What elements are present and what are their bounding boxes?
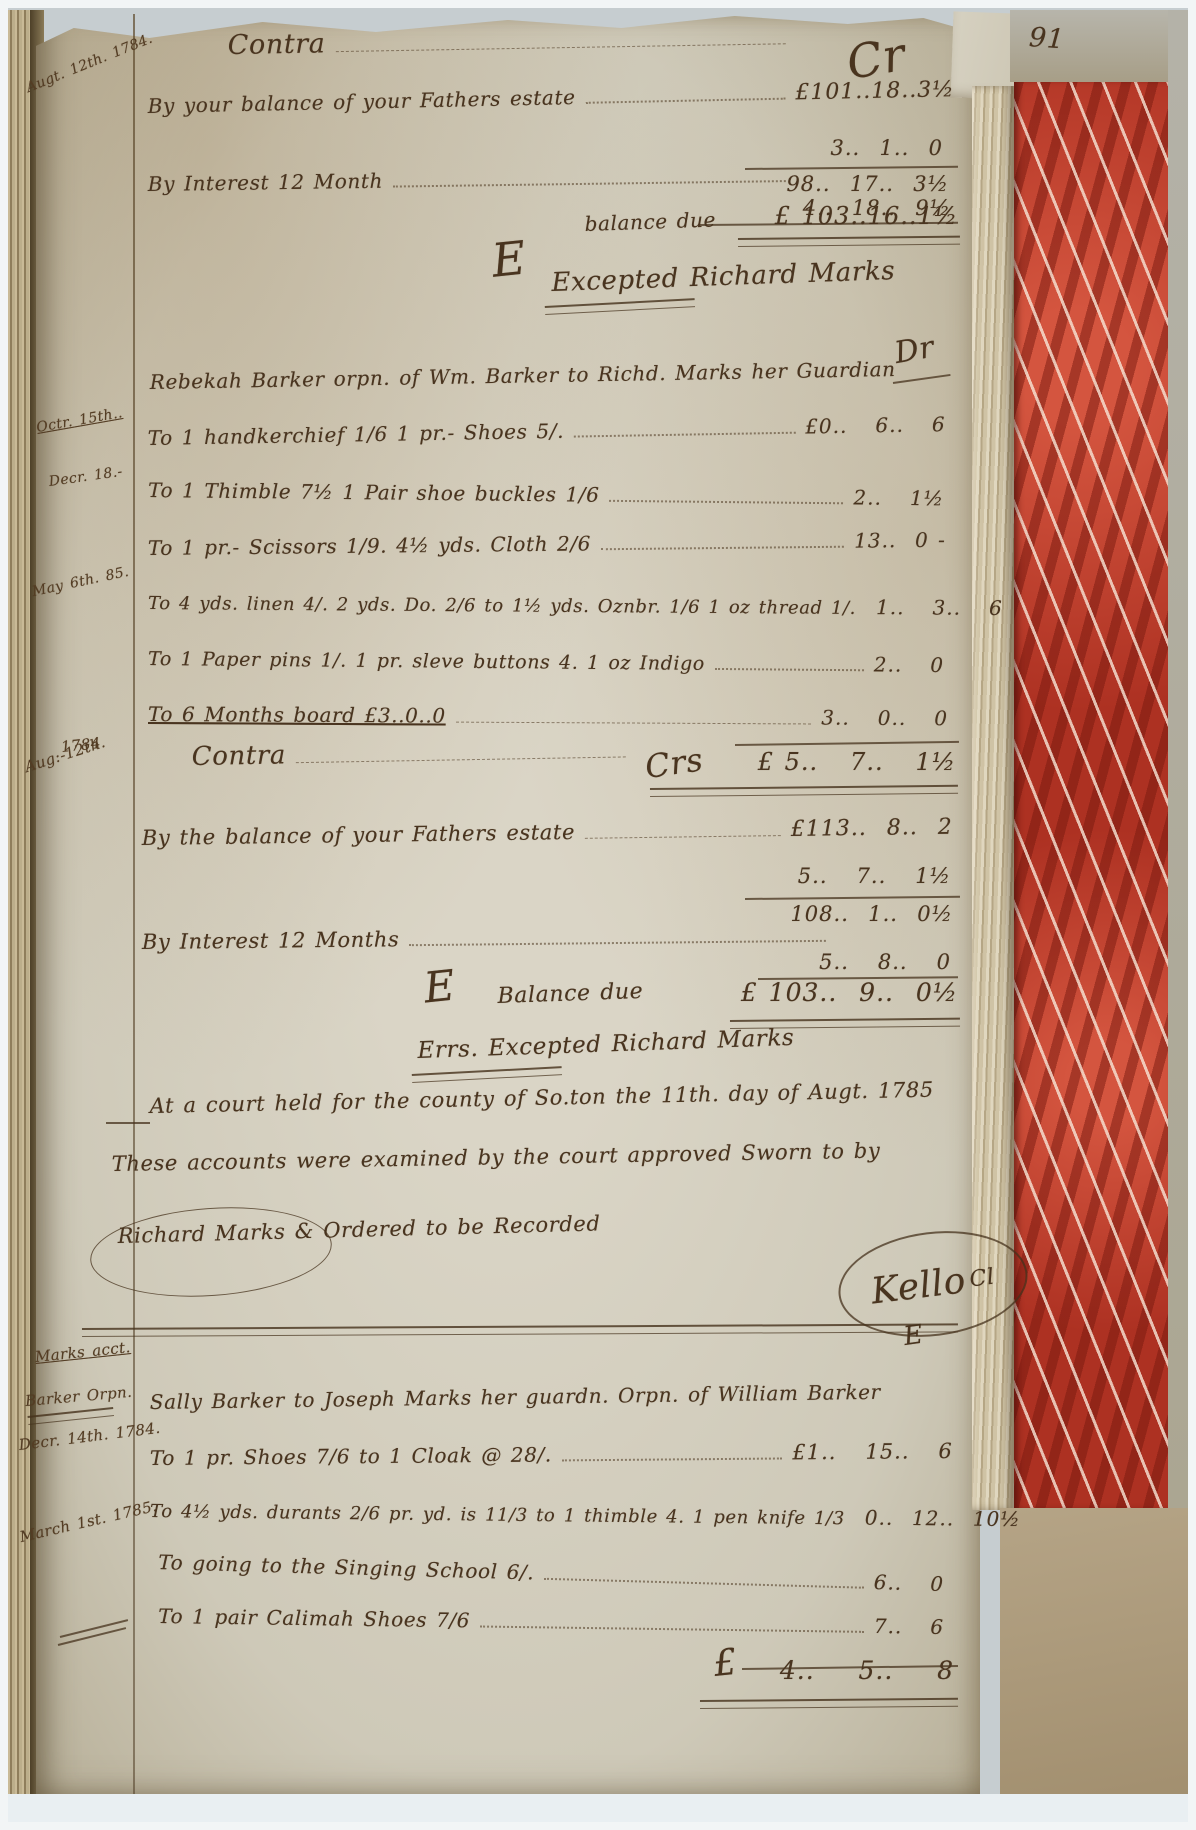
entry-text: To 1 pair Calimah Shoes 7/6	[158, 1604, 470, 1632]
entry-amount: 0.. 12.. 10½	[865, 1505, 1021, 1531]
balance-amount-text: £ 103..16..1½	[775, 202, 958, 230]
margin-date-top: Augt. 12th. 1784.	[24, 31, 155, 96]
entry-amount: 13.. 0 -	[854, 528, 946, 553]
entry-text: By Interest 12 Month	[148, 169, 383, 196]
entry-amount-row: 5.. 8.. 0	[819, 950, 951, 974]
balance-label: Balance due	[497, 979, 644, 1009]
section-total: £ 5.. 7.. 1½	[758, 748, 956, 776]
entry-text: By Interest 12 Months	[142, 927, 400, 954]
entry-text: By your balance of your Fathers estate	[147, 85, 575, 118]
entry-row: To 1 handkerchief 1/6 1 pr.- Shoes 5/. £…	[148, 412, 946, 450]
entry-row: To 4½ yds. durants 2/6 pr. yd. is 11/3 t…	[150, 1498, 950, 1530]
double-rule	[738, 236, 960, 247]
flourish-oval	[87, 1200, 335, 1305]
sum-rule	[745, 896, 960, 900]
entry-text: To 1 Paper pins 1/. 1 pr. sleve buttons …	[148, 648, 705, 675]
entry-amount: 2.. 1½	[853, 485, 944, 510]
entry-amount: 5.. 8.. 0	[819, 950, 951, 974]
account-heading-rebekah: Rebekah Barker orpn. of Wm. Barker to Ri…	[150, 357, 896, 394]
entry-text: To 1 handkerchief 1/6 1 pr.- Shoes 5/.	[148, 419, 565, 450]
entry-row: To 1 Thimble 7½ 1 Pair shoe buckles 1/6 …	[148, 478, 944, 510]
scan-bottom-strip	[0, 1794, 1196, 1830]
lead-in-rule	[106, 1122, 150, 1124]
double-rule	[650, 785, 958, 797]
page-number: 91	[1028, 22, 1066, 55]
entry-row: By Interest 12 Month	[148, 163, 796, 196]
double-rule	[700, 1698, 958, 1709]
leader-line	[480, 1623, 864, 1632]
entry-row: To 1 Paper pins 1/. 1 pr. sleve buttons …	[148, 646, 944, 677]
margin-note: Marks acct.	[34, 1338, 131, 1366]
handwriting-layer: 91 Contra Cr Augt. 12th. 1784. By your b…	[0, 0, 1196, 1830]
leader-line	[562, 1455, 783, 1461]
entry-row: By your balance of your Fathers estate £…	[147, 77, 954, 119]
debit-mark-text: Dr	[892, 330, 937, 371]
carry-amount-text: 5.. 7.. 1½	[798, 864, 951, 888]
entry-amount: 2.. 0	[874, 652, 944, 677]
carry-amount-text: 3.. 1.. 0	[831, 136, 944, 160]
balance-amount-text: £ 103.. 9.. 0½	[741, 978, 958, 1007]
double-rule	[412, 1066, 562, 1083]
entry-row: To 1 pair Calimah Shoes 7/6 7.. 6	[158, 1604, 944, 1639]
ledger-photograph: 91 Contra Cr Augt. 12th. 1784. By your b…	[0, 0, 1196, 1830]
court-line-1: At a court held for the county of So.ton…	[149, 1078, 934, 1118]
leader-line	[456, 720, 812, 725]
entry-text: By the balance of your Fathers estate	[142, 820, 576, 850]
entry-amount: 3.. 0.. 0	[821, 706, 948, 731]
entry-amount: £113.. 8.. 2	[791, 815, 953, 842]
margin-note: Barker Orpn.	[24, 1383, 133, 1410]
entry-text: To 6 Months board £3..0..0	[148, 702, 446, 728]
leader-line	[296, 754, 626, 763]
leader-line	[393, 178, 786, 187]
signature-suffix: Cl	[968, 1264, 996, 1292]
entry-text: To 1 pr.- Scissors 1/9. 4½ yds. Cloth 2/…	[148, 531, 591, 560]
entry-text: To 4 yds. linen 4/. 2 yds. Do. 2/6 to 1½…	[148, 593, 856, 619]
leader-line	[336, 41, 786, 52]
margin-date: May 6th. 85.	[31, 564, 131, 600]
entry-row: To 1 pr. Shoes 7/6 to 1 Cloak @ 28/. £1.…	[150, 1439, 953, 1470]
margin-date: Decr. 14th. 1784.	[18, 1419, 162, 1454]
balance-amount: £ 103.. 9.. 0½	[741, 978, 958, 1007]
contra-heading-top: Contra	[227, 20, 795, 61]
subtotal-text: 98.. 17.. 3½	[786, 172, 949, 196]
attestation-text: Excepted Richard Marks	[551, 256, 896, 298]
double-rule	[545, 298, 695, 315]
leader-line	[601, 544, 844, 551]
carry-amount: 5.. 7.. 1½	[798, 864, 951, 888]
court-text: At a court held for the county of So.ton…	[149, 1078, 934, 1118]
subtotal-amount: 98.. 17.. 3½	[786, 172, 949, 196]
contra-heading-inner: Contra	[191, 734, 635, 772]
leader-line	[715, 666, 864, 671]
attestation-top: Excepted Richard Marks	[551, 256, 896, 298]
carry-amount: 3.. 1.. 0	[831, 136, 944, 160]
credit-mark-inner: Crs	[643, 740, 706, 786]
balance-label-text: balance due	[584, 207, 716, 236]
court-text: These accounts were examined by the cour…	[112, 1139, 881, 1176]
entry-row: To going to the Singing School 6/. 6.. 0	[158, 1550, 944, 1596]
mark-underline	[893, 374, 951, 384]
entry-amount: £1.. 15.. 6	[792, 1439, 953, 1464]
entry-row: To 1 pr.- Scissors 1/9. 4½ yds. Cloth 2/…	[148, 528, 946, 560]
balance-label-text: Balance due	[497, 979, 644, 1009]
section-divider	[82, 1323, 958, 1337]
sum-rule	[735, 741, 959, 746]
entry-text: To going to the Singing School 6/.	[158, 1550, 535, 1584]
signature-name: Kello	[869, 1260, 968, 1312]
page-number-text: 91	[1028, 22, 1066, 55]
account-heading-text: Rebekah Barker orpn. of Wm. Barker to Ri…	[150, 357, 896, 394]
account-heading-text: Sally Barker to Joseph Marks her guardn.…	[150, 1380, 881, 1414]
entry-text: To 1 pr. Shoes 7/6 to 1 Cloak @ 28/.	[150, 1442, 552, 1470]
entry-row: To 6 Months board £3..0..0 3.. 0.. 0	[148, 702, 948, 730]
contra-heading-text: Contra	[227, 28, 325, 61]
balance-label: balance due	[584, 207, 716, 236]
entry-amount: £101..18..3½	[795, 77, 955, 105]
attestation-text: Errs. Excepted Richard Marks	[417, 1025, 795, 1064]
margin-date: Decr. 18.-	[48, 464, 124, 490]
leader-line	[409, 938, 826, 946]
entry-row: By Interest 12 Months	[142, 923, 836, 954]
entry-text: To 1 Thimble 7½ 1 Pair shoe buckles 1/6	[148, 478, 600, 507]
debit-mark: Dr	[892, 330, 937, 371]
margin-date: Octr. 15th..	[35, 405, 124, 436]
double-rule	[28, 1407, 114, 1425]
leader-line	[585, 833, 781, 839]
entry-amount: 6.. 0	[873, 1570, 944, 1596]
leader-line	[586, 96, 786, 104]
entry-amount: 1.. 3.. 6	[876, 595, 1003, 620]
entry-row: To 4 yds. linen 4/. 2 yds. Do. 2/6 to 1½…	[148, 590, 948, 620]
balance-amount: £ 103..16..1½	[775, 202, 958, 230]
grand-total: 4.. 5.. 8	[780, 1656, 954, 1685]
entry-amount: 7.. 6	[874, 1614, 945, 1639]
total-pound-sign: £	[712, 1642, 740, 1685]
leader-line	[609, 498, 843, 504]
section-total-text: £ 5.. 7.. 1½	[758, 748, 956, 776]
entry-amount: £0.. 6.. 6	[805, 412, 946, 438]
entry-row: By the balance of your Fathers estate £1…	[142, 815, 953, 851]
credit-mark-text: Crs	[643, 740, 706, 786]
pound-sign: £	[712, 1642, 740, 1685]
contra-heading-text: Contra	[191, 740, 286, 772]
attestation-bottom: Errs. Excepted Richard Marks	[417, 1025, 795, 1064]
flourish-initial: E	[489, 230, 529, 287]
flourish-initial: E	[422, 961, 458, 1013]
margin-date: March 1st. 1785.	[18, 1497, 159, 1546]
court-line-2: These accounts were examined by the cour…	[112, 1139, 881, 1176]
entry-text: To 4½ yds. durants 2/6 pr. yd. is 11/3 t…	[150, 1501, 845, 1529]
account-heading-sally: Sally Barker to Joseph Marks her guardn.…	[150, 1380, 881, 1414]
grand-total-text: 4.. 5.. 8	[780, 1656, 954, 1685]
leader-line	[544, 1576, 864, 1589]
leader-line	[574, 430, 795, 438]
